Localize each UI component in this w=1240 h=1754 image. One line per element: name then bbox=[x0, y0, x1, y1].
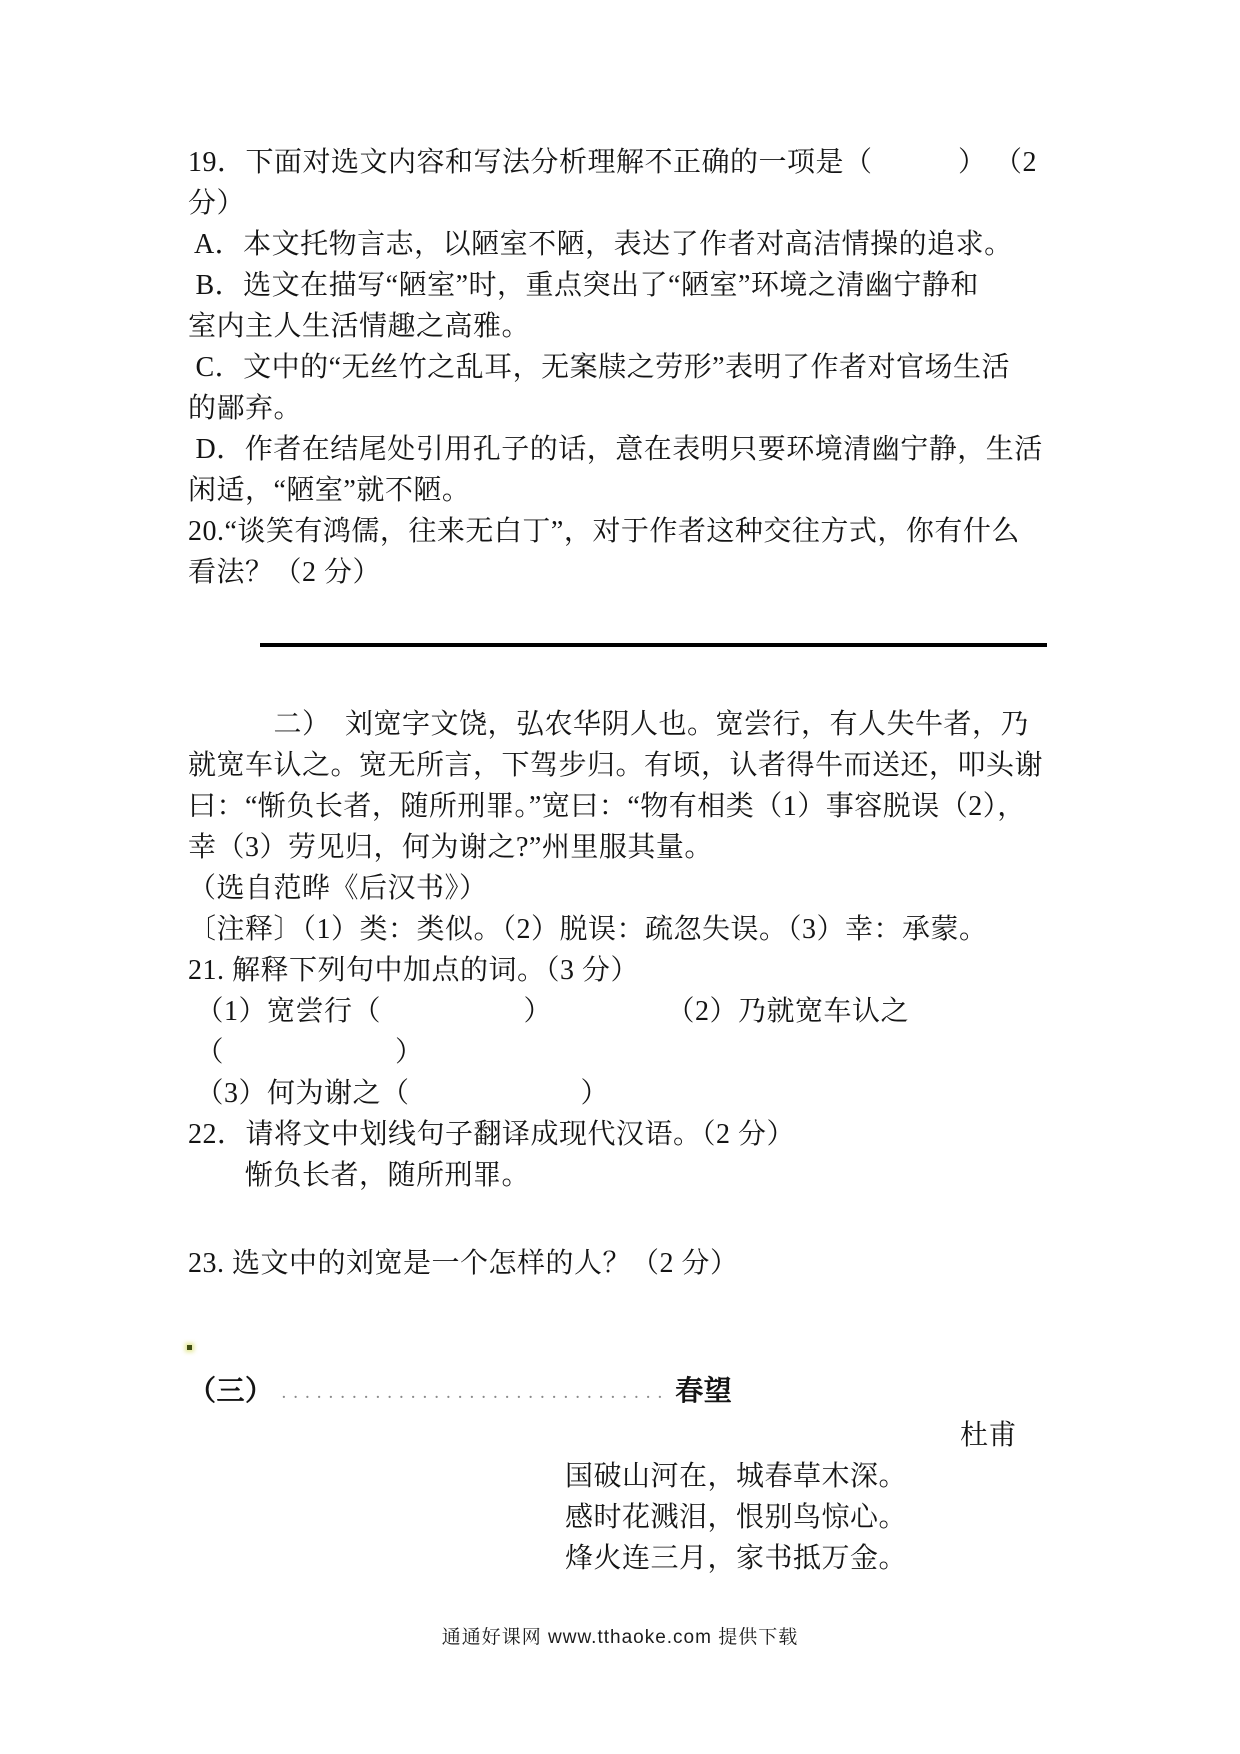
footer-site-text: 通通好课网 www.tthaoke.com 提供下载 bbox=[442, 1627, 798, 1648]
option-d-line2: 闲适，“陋室”就不陋。 bbox=[188, 470, 1088, 511]
option-c-line2: 的鄙弃。 bbox=[188, 388, 1088, 429]
question-21-item1-blank: （ ） bbox=[188, 1032, 1088, 1073]
passage-line4: 幸（3）劳见归，何为谢之?”州里服其量。 bbox=[188, 827, 1088, 868]
passage-source: （选自范晔《后汉书》） bbox=[188, 868, 1088, 909]
passage-line2: 就宽车认之。宽无所言，下驾步归。有顷，认者得牛而送还，叩头谢 bbox=[188, 745, 1088, 786]
question-19-line1: 19．下面对选文内容和写法分析理解不正确的一项是（ ） （2 bbox=[188, 142, 1088, 183]
section-question-23: 23. 选文中的刘宽是一个怎样的人？（2 分） bbox=[188, 1243, 1088, 1284]
question-23-text: 23. 选文中的刘宽是一个怎样的人？（2 分） bbox=[188, 1243, 1088, 1284]
page-footer: 通通好课网 www.tthaoke.com 提供下载 bbox=[0, 1626, 1240, 1650]
poem-line1: 国破山河在，城春草木深。 bbox=[565, 1456, 1088, 1497]
option-c-line1: C．文中的“无丝竹之乱耳，无案牍之劳形”表明了作者对官场生活 bbox=[188, 347, 1088, 388]
option-a: A．本文托物言志，以陋室不陋，表达了作者对高洁情操的追求。 bbox=[188, 224, 1088, 265]
passage-line3: 曰：“惭负长者，随所刑罪。”宽曰：“物有相类（1）事容脱误（2）， bbox=[188, 786, 1088, 827]
poem-section-label: （三） bbox=[188, 1371, 274, 1412]
poem-line2: 感时花溅泪，恨别鸟惊心。 bbox=[565, 1497, 1088, 1538]
passage-line1: 二） 刘宽字文饶，弘农华阴人也。宽尝行，有人失牛者，乃 bbox=[188, 704, 1088, 745]
question-21-item1: （1）宽尝行（ ） （2）乃就宽车认之 bbox=[188, 991, 1088, 1032]
section-divider-rule bbox=[260, 643, 1047, 647]
question-22-sentence: 惭负长者，随所刑罪。 bbox=[188, 1155, 1088, 1196]
question-20-line2: 看法？（2 分） bbox=[188, 552, 1088, 593]
option-d-line1: D．作者在结尾处引用孔子的话，意在表明只要环境清幽宁静，生活 bbox=[188, 429, 1088, 470]
poem-line3: 烽火连三月，家书抵万金。 bbox=[565, 1538, 1088, 1579]
stray-mark-dot bbox=[187, 1345, 192, 1350]
dotted-leader: ................................. bbox=[282, 1372, 670, 1413]
exam-page: 19．下面对选文内容和写法分析理解不正确的一项是（ ） （2 分） A．本文托物… bbox=[0, 0, 1240, 1754]
poem-header-row: （三） ................................. 春望 bbox=[188, 1371, 1088, 1415]
section-poem: （三） ................................. 春望… bbox=[188, 1371, 1088, 1579]
question-21-item3: （3）何为谢之（ ） bbox=[188, 1073, 1088, 1114]
question-21-heading: 21. 解释下列句中加点的词。（3 分） bbox=[188, 950, 1088, 991]
section-classical-passage: 二） 刘宽字文饶，弘农华阴人也。宽尝行，有人失牛者，乃 就宽车认之。宽无所言，下… bbox=[188, 704, 1088, 1196]
passage-notes: 〔注释〕（1）类：类似。（2）脱误：疏忽失误。（3）幸：承蒙。 bbox=[188, 909, 1088, 950]
poem-title: 春望 bbox=[675, 1371, 732, 1412]
question-20-line1: 20.“谈笑有鸿儒，往来无白丁”，对于作者这种交往方式，你有什么 bbox=[188, 511, 1088, 552]
option-b-line2: 室内主人生活情趣之高雅。 bbox=[188, 306, 1088, 347]
section-multiple-choice: 19．下面对选文内容和写法分析理解不正确的一项是（ ） （2 分） A．本文托物… bbox=[188, 142, 1088, 593]
poem-author: 杜甫 bbox=[960, 1415, 1088, 1456]
question-19-line2: 分） bbox=[188, 183, 1088, 224]
option-b-line1: B．选文在描写“陋室”时，重点突出了“陋室”环境之清幽宁静和 bbox=[188, 265, 1088, 306]
question-22-heading: 22．请将文中划线句子翻译成现代汉语。（2 分） bbox=[188, 1114, 1088, 1155]
